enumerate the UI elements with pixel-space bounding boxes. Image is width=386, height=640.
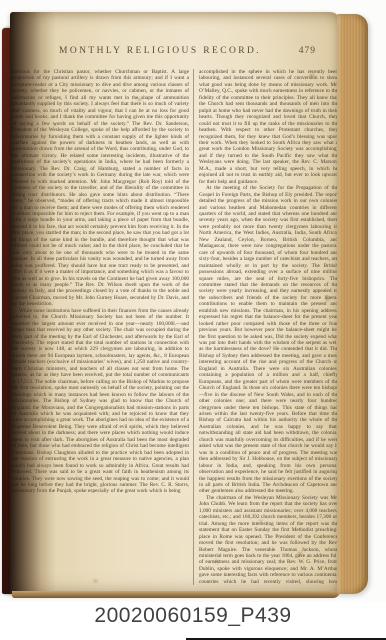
right-column: accomplished in the sphere in which he h…: [193, 69, 338, 585]
left-column: precious for the Christian pastor, wheth…: [12, 69, 193, 585]
page-header-title: MONTHLY RELIGIOUS RECORD.: [59, 46, 261, 56]
book-page: MONTHLY RELIGIOUS RECORD. 479 precious f…: [10, 12, 340, 594]
text-columns: precious for the Christian pastor, wheth…: [12, 69, 338, 585]
scanned-book-photo: MONTHLY RELIGIOUS RECORD. 479 precious f…: [0, 0, 386, 602]
book-fore-edge: [337, 14, 368, 594]
paragraph: At the meeting of the Society for the Pr…: [199, 185, 338, 495]
paragraph: The chairman of the Wesleyan Missionary …: [199, 495, 338, 585]
paragraph: accomplished in the sphere in which he h…: [199, 69, 338, 185]
page-number: 479: [299, 46, 316, 56]
page-bottom-edge: [12, 591, 340, 598]
paragraph: precious for the Christian pastor, wheth…: [12, 69, 189, 308]
scan-footer: 20020060159_P439: [0, 602, 386, 640]
scan-id-label: 20020060159_P439: [0, 604, 386, 628]
paragraph: While some institutions have suffered in…: [12, 308, 189, 495]
